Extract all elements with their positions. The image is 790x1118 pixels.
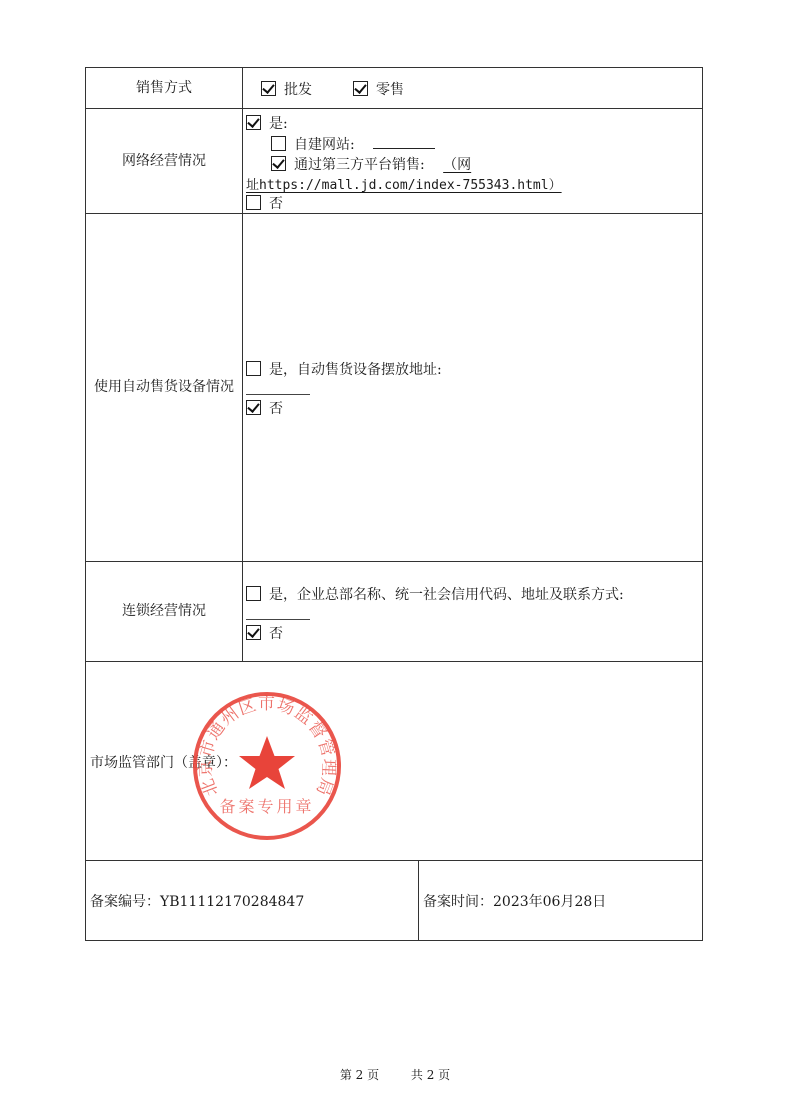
row-online-operation: 网络经营情况 是: 自建网站: 通过第三方平台销售: （网 址https://m… — [86, 108, 702, 213]
record-date: 备案时间：2023年06月28日 — [419, 861, 702, 940]
option-chain-no[interactable]: 否 — [246, 623, 283, 643]
option-third-party[interactable]: 通过第三方平台销售: （网 — [271, 154, 471, 174]
checkbox-checked-icon[interactable] — [246, 625, 261, 640]
own-website-field[interactable] — [373, 136, 435, 149]
address-blank-line — [246, 394, 310, 395]
checkbox-checked-icon[interactable] — [271, 156, 286, 171]
option-wholesale[interactable]: 批发 — [261, 79, 312, 99]
label-vending-machine: 使用自动售货设备情况 — [86, 214, 243, 561]
checkbox-empty-icon[interactable] — [271, 136, 286, 151]
row-sales-method: 销售方式 批发 零售 — [86, 68, 702, 108]
filing-form-table: 销售方式 批发 零售 网络经营情况 是: 自建网站: 通过第三方平台销售: （网 — [85, 67, 703, 941]
checkbox-checked-icon[interactable] — [353, 81, 368, 96]
checkbox-checked-icon[interactable] — [261, 81, 276, 96]
page-footer: 第 2 页 共 2 页 — [0, 1066, 790, 1083]
option-own-website[interactable]: 自建网站: — [271, 134, 435, 154]
option-chain-yes[interactable]: 是，企业总部名称、统一社会信用代码、地址及联系方式: — [246, 584, 624, 604]
svg-text:备案专用章: 备案专用章 — [219, 797, 314, 816]
option-retail[interactable]: 零售 — [353, 79, 404, 99]
checkbox-empty-icon[interactable] — [246, 586, 261, 601]
row-authority: 市场监管部门（盖章）： — [86, 661, 702, 860]
record-number: 备案编号：YB11112170284847 — [86, 861, 419, 940]
third-party-url[interactable]: 址https://mall.jd.com/index-755343.html） — [246, 174, 562, 193]
option-vending-yes[interactable]: 是，自动售货设备摆放地址: — [246, 359, 442, 379]
option-online-no[interactable]: 否 — [246, 193, 283, 213]
chain-blank-line — [246, 619, 310, 620]
option-vending-no[interactable]: 否 — [246, 398, 283, 418]
label-sales-method: 销售方式 — [86, 68, 243, 108]
page-total: 共 2 页 — [411, 1068, 450, 1082]
row-vending-machine: 使用自动售货设备情况 是，自动售货设备摆放地址: 否 — [86, 213, 702, 561]
checkbox-empty-icon[interactable] — [246, 361, 261, 376]
row-record: 备案编号：YB11112170284847 备案时间：2023年06月28日 — [86, 860, 702, 940]
page-number: 第 2 页 — [340, 1068, 379, 1082]
option-online-yes[interactable]: 是: — [246, 113, 288, 133]
label-online-operation: 网络经营情况 — [86, 109, 243, 213]
checkbox-empty-icon[interactable] — [246, 195, 261, 210]
checkbox-checked-icon[interactable] — [246, 115, 261, 130]
row-chain-operation: 连锁经营情况 是，企业总部名称、统一社会信用代码、地址及联系方式: 否 — [86, 561, 702, 661]
official-seal-icon: 北京市通州区市场监督管理局 备案专用章 — [191, 690, 343, 842]
checkbox-checked-icon[interactable] — [246, 400, 261, 415]
label-chain-operation: 连锁经营情况 — [86, 562, 243, 661]
